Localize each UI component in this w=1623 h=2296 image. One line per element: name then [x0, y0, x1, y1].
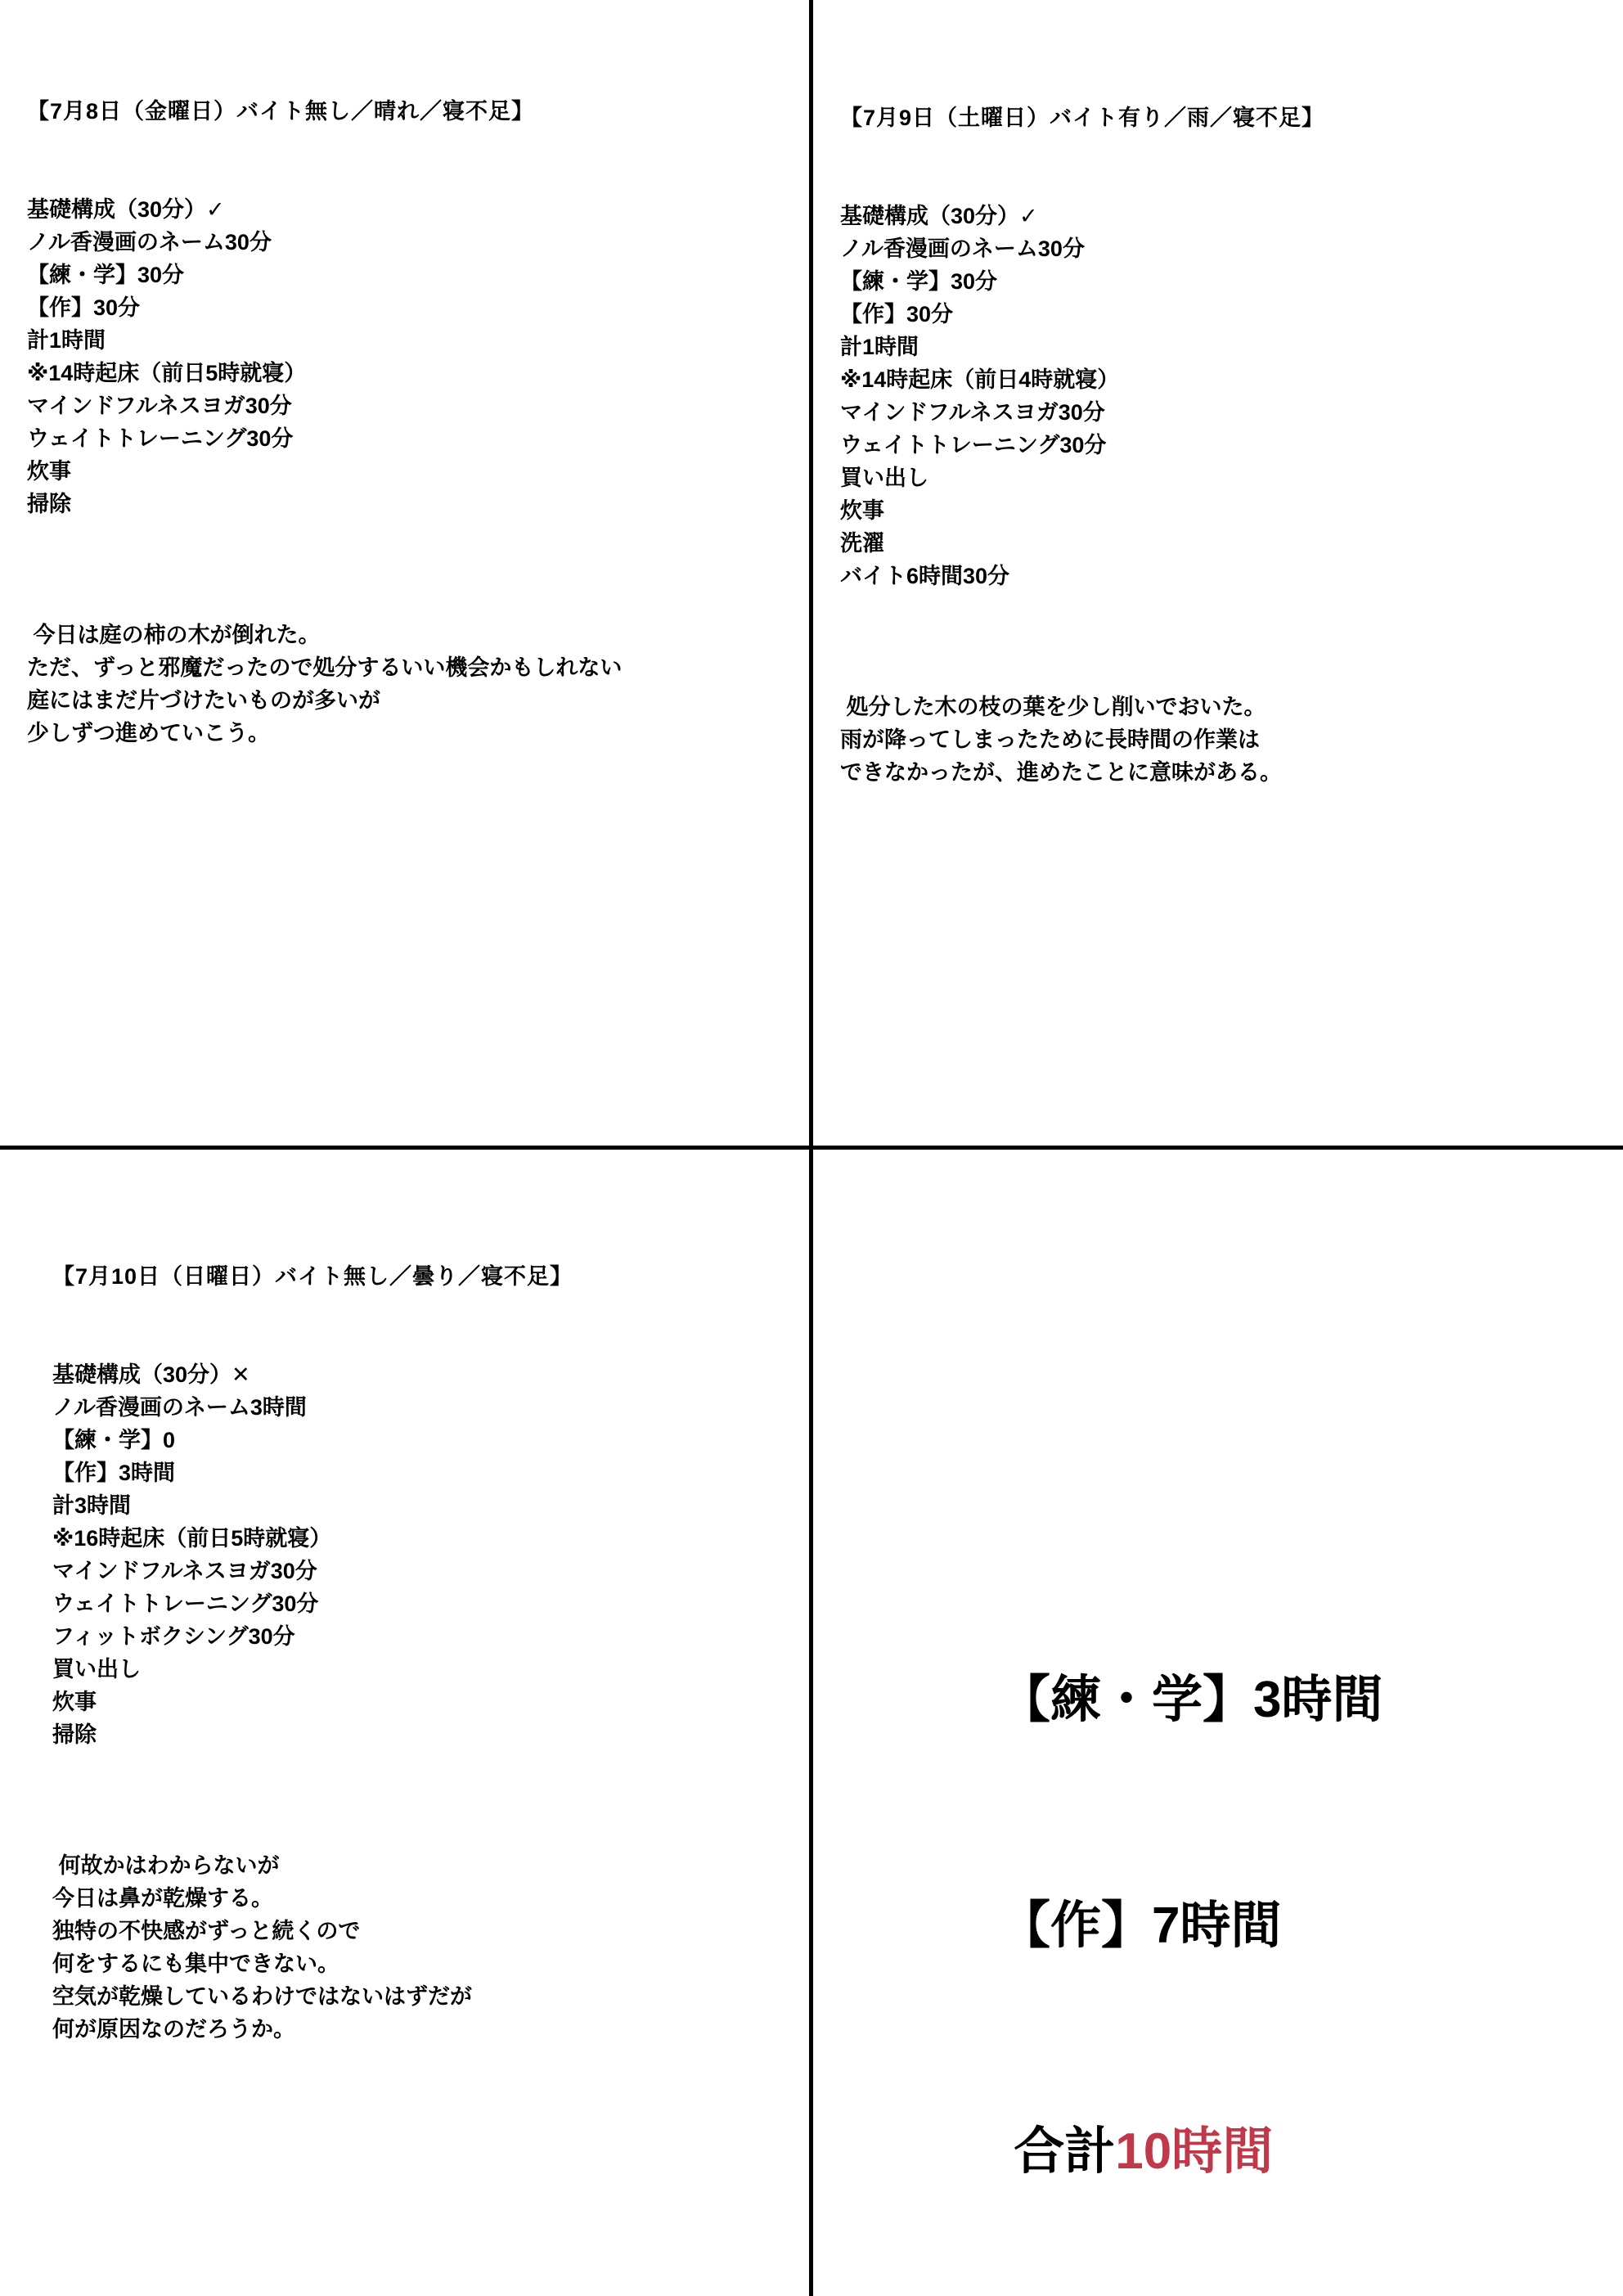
entry-activities: 基礎構成（30分）✓ ノル香漫画のネーム30分 【練・学】30分 【作】30分 …	[840, 200, 1609, 592]
entry-header: 【7月9日（土曜日）バイト有り／雨／寝不足】	[840, 101, 1609, 134]
practice-total: 【練・学】3時間	[1000, 1663, 1382, 1738]
totals-summary: 【練・学】3時間 【作】7時間 合計10時間	[1000, 1512, 1382, 2265]
diary-entry-jul8: 【7月8日（金曜日）バイト無し／晴れ／寝不足】 基礎構成（30分）✓ ノル香漫画…	[27, 29, 806, 782]
entry-header: 【7月8日（金曜日）バイト無し／晴れ／寝不足】	[27, 95, 806, 128]
entry-header: 【7月10日（日曜日）バイト無し／曇り／寝不足】	[52, 1260, 805, 1293]
total-value: 10時間	[1115, 2123, 1273, 2180]
diary-entry-jul10: 【7月10日（日曜日）バイト無し／曇り／寝不足】 基礎構成（30分）✕ ノル香漫…	[52, 1195, 805, 2078]
work-total: 【作】7時間	[1000, 1889, 1382, 1964]
entry-activities: 基礎構成（30分）✕ ノル香漫画のネーム3時間 【練・学】0 【作】3時間 計3…	[52, 1358, 805, 1751]
entry-note: 今日は庭の柿の木が倒れた。 ただ、ずっと邪魔だったので処分するいい機会かもしれな…	[27, 619, 806, 750]
diary-entry-jul9: 【7月9日（土曜日）バイト有り／雨／寝不足】 基礎構成（30分）✓ ノル香漫画の…	[840, 36, 1609, 822]
entry-activities: 基礎構成（30分）✓ ノル香漫画のネーム30分 【練・学】30分 【作】30分 …	[27, 193, 806, 520]
total-label: 合計	[1000, 2123, 1115, 2180]
horizontal-divider	[0, 1146, 1623, 1150]
entry-note: 処分した木の枝の葉を少し削いでおいた。 雨が降ってしまったために長時間の作業は …	[840, 691, 1609, 789]
overall-total: 合計10時間	[1000, 2114, 1382, 2190]
entry-note: 何故かはわからないが 今日は鼻が乾燥する。 独特の不快感がずっと続くので 何をす…	[52, 1849, 805, 2046]
